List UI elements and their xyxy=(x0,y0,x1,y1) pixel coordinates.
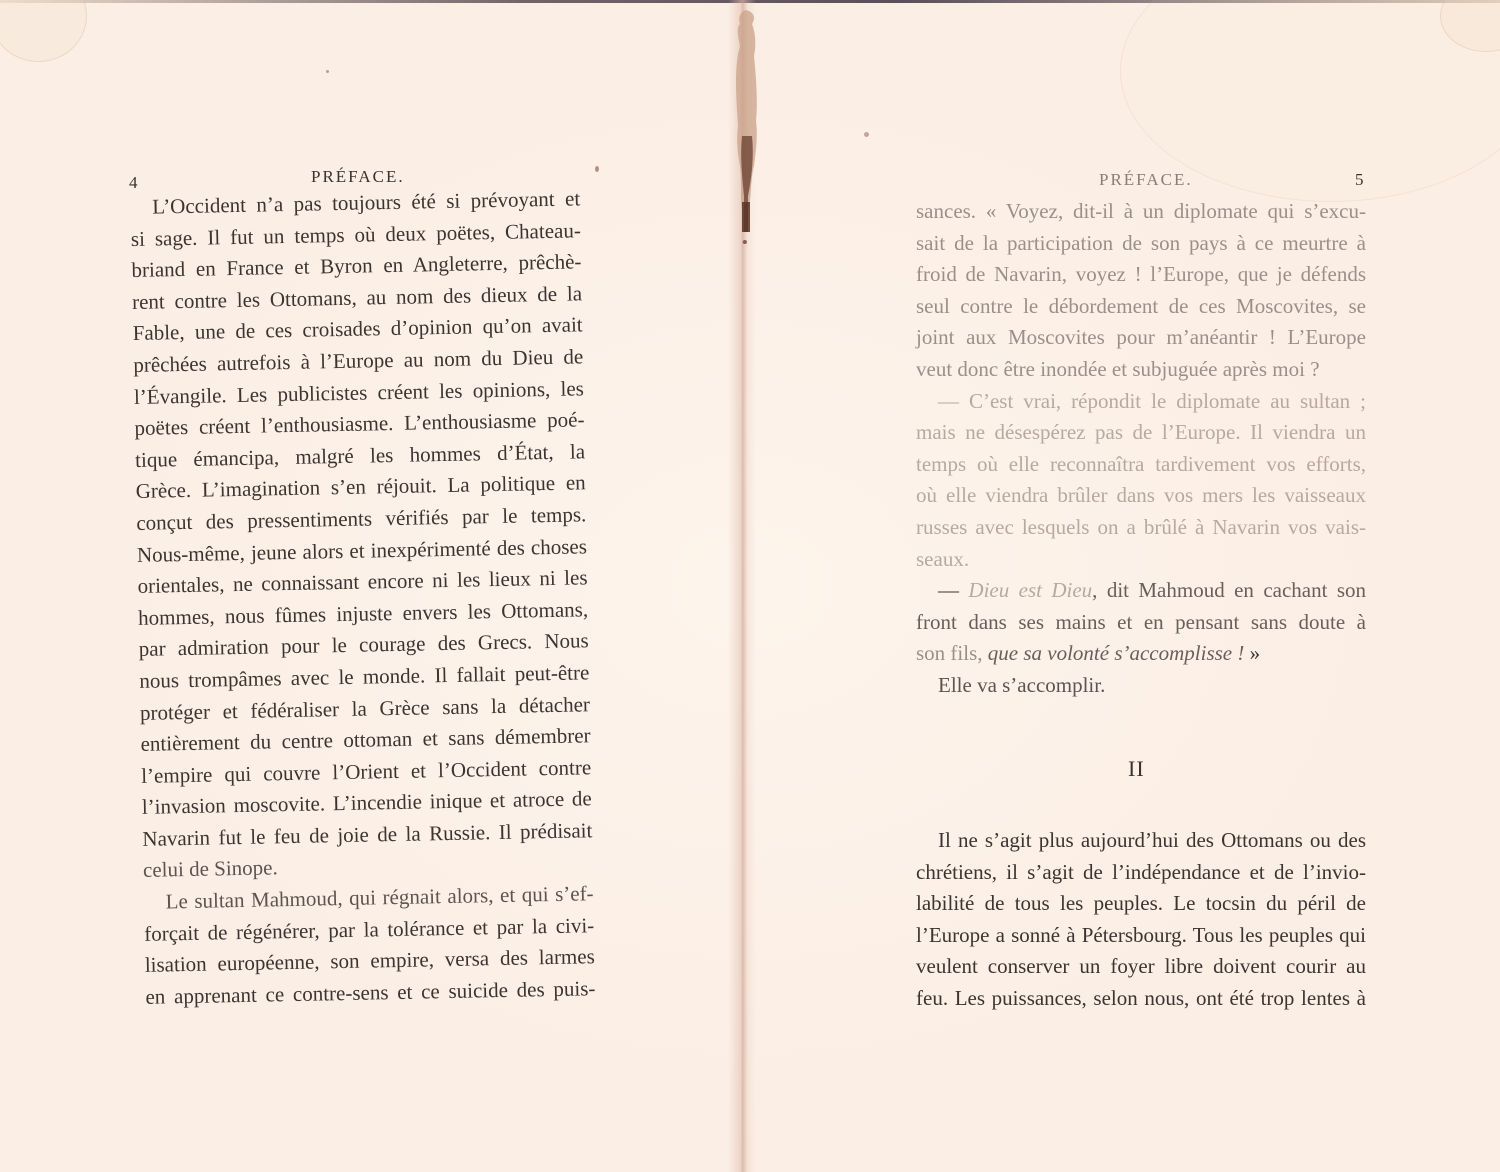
page-number: 4 xyxy=(129,173,138,193)
text-line: front dans ses mains et en pensant sans … xyxy=(916,607,1366,639)
italic-phrase: Dieu est Dieu xyxy=(968,578,1092,602)
text-line: mais ne désespérez pas de l’Europe. Il v… xyxy=(916,417,1366,449)
paragraph: L’Occident n’a pas toujours été si prévo… xyxy=(130,183,593,887)
text-segment: » xyxy=(1244,641,1260,665)
dash: — xyxy=(938,578,968,602)
text-line: Il ne s’agit plus aujourd’hui des Ottoma… xyxy=(916,825,1366,857)
paragraph: Le sultan Mahmoud, qui régnait alors, et… xyxy=(143,878,595,1013)
text-line: — C’est vrai, répondit le diplomate au s… xyxy=(916,386,1366,418)
text-line: temps où elle reconnaîtra tardivement vo… xyxy=(916,449,1366,481)
text-line: sait de la participation de son pays à c… xyxy=(916,228,1366,260)
text-line: son fils, que sa volonté s’accomplisse !… xyxy=(916,638,1366,670)
text-line: l’Europe a sonné à Pétersbourg. Tous les… xyxy=(916,920,1366,952)
left-page-text: L’Occident n’a pas toujours été si prévo… xyxy=(130,183,596,1013)
paragraph: sances. « Voyez, dit-il à un diplomate q… xyxy=(916,196,1366,386)
text-line: où elle viendra brûler dans vos mers les… xyxy=(916,480,1366,512)
text-line: — Dieu est Dieu, dit Mahmoud en cachant … xyxy=(916,575,1366,607)
text-line: veut donc être inondée et subjuguée aprè… xyxy=(916,354,1366,386)
text-line: feu. Les puissances, selon nous, ont été… xyxy=(916,983,1366,1015)
text-line: labilité de tous les peuples. Le tocsin … xyxy=(916,888,1366,920)
paragraph: Elle va s’accomplir. xyxy=(916,670,1366,702)
page-number: 5 xyxy=(1355,170,1364,190)
text-line: joint aux Moscovites pour m’anéantir ! L… xyxy=(916,322,1366,354)
text-segment: son fils, xyxy=(916,641,988,665)
running-head: PRÉFACE. xyxy=(1099,170,1193,190)
running-head: PRÉFACE. xyxy=(311,167,405,187)
text-line: Elle va s’accomplir. xyxy=(916,670,1366,702)
section-text: Il ne s’agit plus aujourd’hui des Ottoma… xyxy=(916,825,1366,1015)
text-line: sances. « Voyez, dit-il à un diplomate q… xyxy=(916,196,1366,228)
text-line: chrétiens, il s’agit de l’indépendance e… xyxy=(916,857,1366,889)
text-line: russes avec lesquels on a brûlé à Navari… xyxy=(916,512,1366,544)
text-line: veulent conserver un foyer libre doivent… xyxy=(916,951,1366,983)
right-page-text: sances. « Voyez, dit-il à un diplomate q… xyxy=(916,196,1366,702)
text-line: seaux. xyxy=(916,544,1366,576)
paragraph: Il ne s’agit plus aujourd’hui des Ottoma… xyxy=(916,825,1366,1015)
paragraph: — C’est vrai, répondit le diplomate au s… xyxy=(916,386,1366,576)
paragraph: — Dieu est Dieu, dit Mahmoud en cachant … xyxy=(916,575,1366,670)
text-segment: , dit Mahmoud en cachant son xyxy=(1092,578,1366,602)
text-line: froid de Navarin, voyez ! l’Europe, que … xyxy=(916,259,1366,291)
section-number: II xyxy=(1128,756,1145,782)
italic-phrase: que sa volonté s’accomplisse ! xyxy=(988,641,1245,665)
book-spread: 4 PRÉFACE. L’Occident n’a pas toujours é… xyxy=(0,0,1500,1172)
text-line: seul contre le débordement de ces Moscov… xyxy=(916,291,1366,323)
right-page: PRÉFACE. 5 sances. « Voyez, dit-il à un … xyxy=(742,0,1500,1172)
left-page: 4 PRÉFACE. L’Occident n’a pas toujours é… xyxy=(0,0,742,1172)
